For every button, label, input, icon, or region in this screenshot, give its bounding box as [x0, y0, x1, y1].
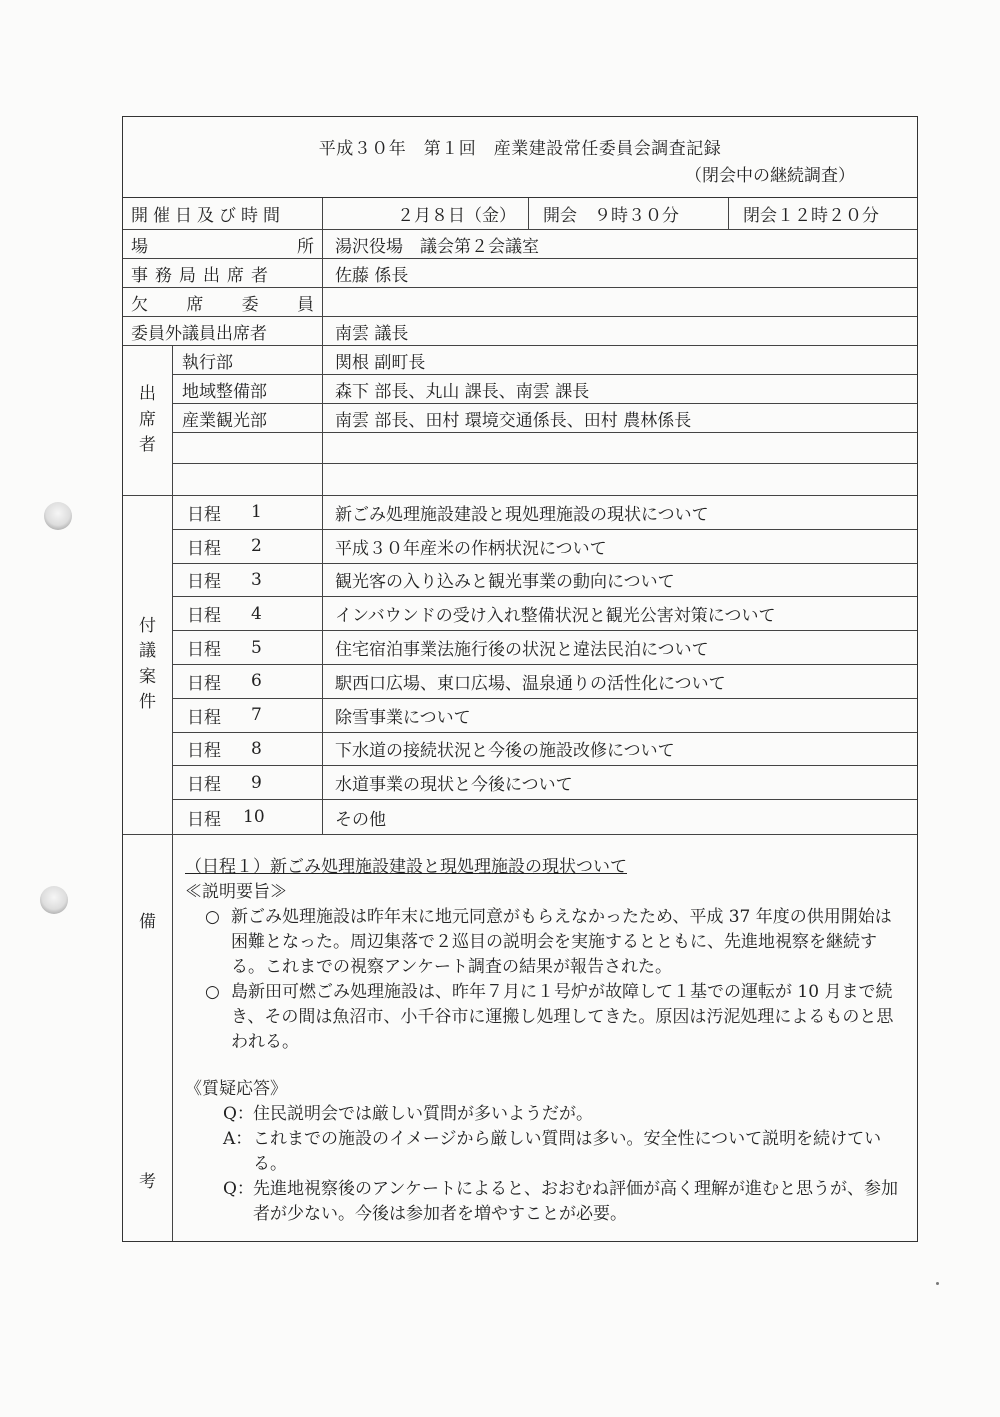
- secretariat-label: 事務局出席者: [123, 259, 323, 287]
- place-row: 場 所 湯沢役場 議会第２会議室: [123, 230, 917, 259]
- agenda-schedule: 日程8: [173, 733, 323, 766]
- group-label-char: 備: [139, 910, 156, 936]
- meeting-date: ２月８日（金）: [323, 198, 529, 229]
- meeting-open-time: 開会 ９時３０分: [529, 198, 729, 229]
- document-subtitle: （閉会中の継続調査）: [685, 161, 855, 186]
- schedule-number: 8: [251, 739, 262, 759]
- agenda-title: 観光客の入り込みと観光事業の動向について: [323, 564, 917, 597]
- qa-item: A： これまでの施設のイメージから厳しい質問は多い。安全性について説明を続けてい…: [223, 1127, 905, 1177]
- attendees-group: 出 席 者 執行部 関根 副町長 地域整備部 森下 部長、丸山 課長、南雲 課長…: [123, 346, 917, 496]
- absent-label-char: 欠: [131, 290, 148, 315]
- attendee-dept: [173, 464, 323, 495]
- attendee-row: 執行部 関根 副町長: [173, 346, 917, 375]
- qa-text: 住民説明会では厳しい質問が多いようだが。: [253, 1102, 905, 1127]
- place-label-left: 場: [131, 232, 148, 257]
- circle-bullet-icon: ○: [205, 905, 231, 980]
- agenda-title: 新ごみ処理施設建設と現処理施設の現状について: [323, 496, 917, 529]
- agenda-list: 日程1 新ごみ処理施設建設と現処理施設の現状について 日程2 平成３０年産米の作…: [173, 496, 917, 834]
- agenda-title: その他: [323, 800, 917, 834]
- scan-speck: [936, 1282, 939, 1285]
- attendee-row: 産業観光部 南雲 部長、田村 環境交通係長、田村 農林係長: [173, 404, 917, 433]
- bullet-text: 島新田可燃ごみ処理施設は、昨年７月に１号炉が故障して１基での運転が 10 月まで…: [231, 980, 905, 1055]
- schedule-label: 日程: [187, 601, 221, 626]
- place-label: 場 所: [123, 230, 323, 258]
- schedule-label: 日程: [187, 567, 221, 592]
- place-label-right: 所: [297, 232, 314, 257]
- agenda-title: 駅西口広場、東口広場、温泉通りの活性化について: [323, 665, 917, 698]
- absent-label-char: 員: [297, 290, 314, 315]
- group-label-char: 出: [139, 382, 156, 408]
- agenda-item: 日程3 観光客の入り込みと観光事業の動向について: [173, 564, 917, 598]
- absent-label-char: 委: [242, 290, 259, 315]
- absent-label-char: 席: [186, 290, 203, 315]
- schedule-number: 1: [251, 502, 262, 522]
- title-block: 平成３０年 第１回 産業建設常任委員会調査記録 （閉会中の継続調査）: [123, 117, 917, 198]
- record-table: 平成３０年 第１回 産業建設常任委員会調査記録 （閉会中の継続調査） 開催日及び…: [122, 116, 918, 1242]
- schedule-label: 日程: [187, 500, 221, 525]
- attendee-row-empty: [173, 433, 917, 464]
- attendees-group-label: 出 席 者: [123, 346, 173, 495]
- schedule-label: 日程: [187, 703, 221, 728]
- schedule-label: 日程: [187, 669, 221, 694]
- group-label-char: 者: [139, 433, 156, 459]
- schedule-number: 3: [251, 570, 262, 590]
- agenda-schedule: 日程9: [173, 766, 323, 799]
- agenda-schedule: 日程4: [173, 597, 323, 630]
- attendee-dept: 地域整備部: [173, 375, 323, 403]
- qa-item: Q： 先進地視察後のアンケートによると、おおむね評価が高く理解が進むと思うが、参…: [223, 1177, 905, 1227]
- meeting-datetime-label: 開催日及び時間: [123, 198, 323, 229]
- qa-mark: A：: [223, 1127, 253, 1177]
- agenda-title: 除雪事業について: [323, 699, 917, 732]
- qa-title: 《質疑応答》: [185, 1077, 905, 1102]
- agenda-item: 日程2 平成３０年産米の作柄状況について: [173, 530, 917, 564]
- agenda-schedule: 日程5: [173, 631, 323, 664]
- agenda-item: 日程4 インバウンドの受け入れ整備状況と観光公害対策について: [173, 597, 917, 631]
- schedule-number: 4: [251, 604, 262, 624]
- meeting-close-time: 閉会１２時２０分: [729, 198, 917, 229]
- schedule-number: 6: [251, 671, 262, 691]
- schedule-number: 7: [251, 705, 262, 725]
- agenda-title: 下水道の接続状況と今後の施設改修について: [323, 733, 917, 766]
- secretariat-value: 佐藤 係長: [323, 259, 917, 287]
- absent-label: 欠 席 委 員: [123, 288, 323, 316]
- attendee-dept: [173, 433, 323, 463]
- non-member-row: 委員外議員出席者 南雲 議長: [123, 317, 917, 346]
- qa-mark: Q：: [223, 1102, 253, 1127]
- qa-mark: Q：: [223, 1177, 253, 1227]
- group-label-char: 案: [139, 665, 156, 691]
- attendee-names: 関根 副町長: [323, 346, 917, 374]
- agenda-group: 付 議 案 件 日程1 新ごみ処理施設建設と現処理施設の現状について 日程2 平…: [123, 496, 917, 835]
- remarks-body: （日程１）新ごみ処理施設建設と現処理施設の現状ついて ≪説明要旨≫ ○ 新ごみ処…: [173, 835, 917, 1241]
- agenda-schedule: 日程7: [173, 699, 323, 732]
- secretariat-row: 事務局出席者 佐藤 係長: [123, 259, 917, 288]
- qa-text: 先進地視察後のアンケートによると、おおむね評価が高く理解が進むと思うが、参加者が…: [253, 1177, 905, 1227]
- explanation-title: ≪説明要旨≫: [185, 880, 905, 905]
- agenda-schedule: 日程1: [173, 496, 323, 529]
- group-label-char: 件: [139, 690, 156, 716]
- group-label-char: 席: [139, 408, 156, 434]
- non-member-label: 委員外議員出席者: [123, 317, 323, 345]
- attendee-dept: 産業観光部: [173, 404, 323, 432]
- non-member-value: 南雲 議長: [323, 317, 917, 345]
- schedule-label: 日程: [187, 534, 221, 559]
- group-label-char: 議: [139, 639, 156, 665]
- agenda-schedule: 日程6: [173, 665, 323, 698]
- agenda-item: 日程1 新ごみ処理施設建設と現処理施設の現状について: [173, 496, 917, 530]
- agenda-item: 日程6 駅西口広場、東口広場、温泉通りの活性化について: [173, 665, 917, 699]
- meeting-datetime-row: 開催日及び時間 ２月８日（金） 開会 ９時３０分 閉会１２時２０分: [123, 198, 917, 230]
- schedule-number: 10: [243, 807, 265, 827]
- punch-hole-bottom: [40, 886, 68, 914]
- agenda-item: 日程10 その他: [173, 800, 917, 834]
- attendee-names: [323, 433, 917, 463]
- agenda-title: 水道事業の現状と今後について: [323, 766, 917, 799]
- attendee-dept: 執行部: [173, 346, 323, 374]
- agenda-title: インバウンドの受け入れ整備状況と観光公害対策について: [323, 597, 917, 630]
- group-label-char: 付: [139, 614, 156, 640]
- attendee-row-empty: [173, 464, 917, 495]
- agenda-item: 日程8 下水道の接続状況と今後の施設改修について: [173, 733, 917, 767]
- attendee-names: 森下 部長、丸山 課長、南雲 課長: [323, 375, 917, 403]
- schedule-number: 9: [251, 773, 262, 793]
- punch-hole-top: [44, 502, 72, 530]
- absent-row: 欠 席 委 員: [123, 288, 917, 317]
- absent-value: [323, 288, 917, 316]
- agenda-title: 住宅宿泊事業法施行後の状況と違法民泊について: [323, 631, 917, 664]
- qa-item: Q： 住民説明会では厳しい質問が多いようだが。: [223, 1102, 905, 1127]
- agenda-item: 日程5 住宅宿泊事業法施行後の状況と違法民泊について: [173, 631, 917, 665]
- circle-bullet-icon: ○: [205, 980, 231, 1055]
- schedule-number: 2: [251, 536, 262, 556]
- agenda-group-label: 付 議 案 件: [123, 496, 173, 834]
- schedule-number: 5: [251, 638, 262, 658]
- explanation-bullet: ○ 新ごみ処理施設は昨年末に地元同意がもらえなかったため、平成 37 年度の供用…: [205, 905, 905, 980]
- agenda-item: 日程9 水道事業の現状と今後について: [173, 766, 917, 800]
- agenda-schedule: 日程2: [173, 530, 323, 563]
- explanation-bullet: ○ 島新田可燃ごみ処理施設は、昨年７月に１号炉が故障して１基での運転が 10 月…: [205, 980, 905, 1055]
- document-title: 平成３０年 第１回 産業建設常任委員会調査記録: [123, 134, 917, 159]
- remarks-group: 備 考 （日程１）新ごみ処理施設建設と現処理施設の現状ついて ≪説明要旨≫ ○ …: [123, 835, 917, 1241]
- schedule-label: 日程: [187, 635, 221, 660]
- attendee-names: [323, 464, 917, 495]
- agenda-item: 日程7 除雪事業について: [173, 699, 917, 733]
- agenda-schedule: 日程3: [173, 564, 323, 597]
- place-value: 湯沢役場 議会第２会議室: [323, 230, 917, 258]
- remarks-heading: （日程１）新ごみ処理施設建設と現処理施設の現状ついて: [185, 855, 905, 880]
- agenda-title: 平成３０年産米の作柄状況について: [323, 530, 917, 563]
- attendee-names: 南雲 部長、田村 環境交通係長、田村 農林係長: [323, 404, 917, 432]
- remarks-group-label: 備 考: [123, 835, 173, 1241]
- schedule-label: 日程: [187, 736, 221, 761]
- schedule-label: 日程: [187, 805, 221, 830]
- attendees-list: 執行部 関根 副町長 地域整備部 森下 部長、丸山 課長、南雲 課長 産業観光部…: [173, 346, 917, 495]
- group-label-char: 考: [139, 1170, 156, 1196]
- agenda-schedule: 日程10: [173, 800, 323, 834]
- bullet-text: 新ごみ処理施設は昨年末に地元同意がもらえなかったため、平成 37 年度の供用開始…: [231, 905, 905, 980]
- qa-text: これまでの施設のイメージから厳しい質問は多い。安全性について説明を続けている。: [253, 1127, 905, 1177]
- schedule-label: 日程: [187, 770, 221, 795]
- attendee-row: 地域整備部 森下 部長、丸山 課長、南雲 課長: [173, 375, 917, 404]
